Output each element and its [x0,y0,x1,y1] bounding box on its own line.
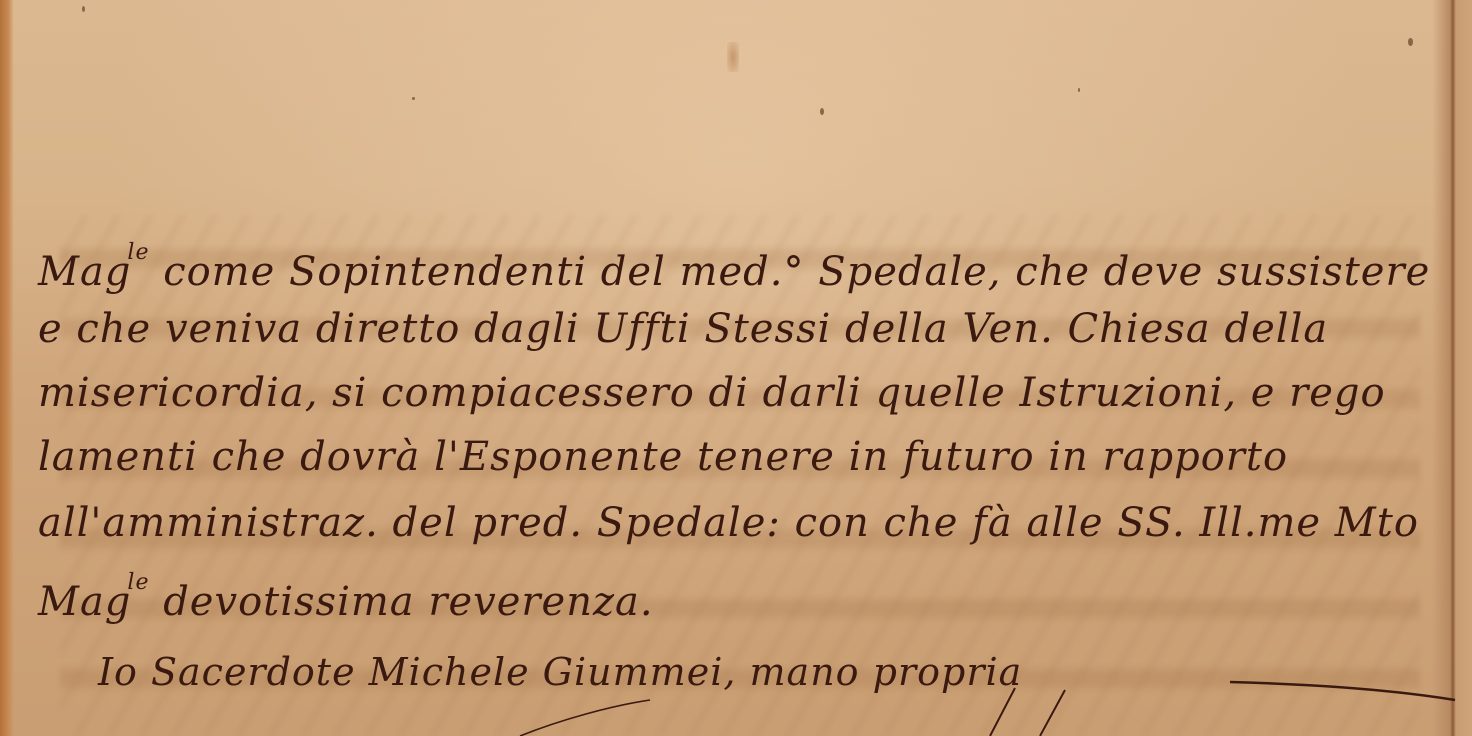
manuscript-line-6: Magle devotissima reverenza. [38,570,654,625]
paper-speck [1408,38,1413,46]
manuscript-line-4: lamenti che dovrà l'Esponente tenere in … [38,434,1288,480]
page-binding-edge [1432,0,1472,736]
manuscript-line-5: all'amministraz. del pred. Spedale: con … [38,500,1419,546]
manuscript-line-1: Magle come Sopintendenti del med.° Speda… [38,240,1430,295]
paper-speck [82,6,85,12]
signature-line: Io Sacerdote Michele Giummei, mano propr… [98,650,1022,694]
paper-speck [820,108,824,115]
paper-speck [1078,88,1080,92]
manuscript-line-3: misericordia, si compiacessero di darli … [38,370,1386,416]
paper-stain [727,42,739,72]
paper-speck [412,97,415,100]
manuscript-page: Magle come Sopintendenti del med.° Speda… [0,0,1472,736]
manuscript-line-2: e che veniva diretto dagli Uffti Stessi … [38,306,1328,352]
page-left-edge [0,0,14,736]
